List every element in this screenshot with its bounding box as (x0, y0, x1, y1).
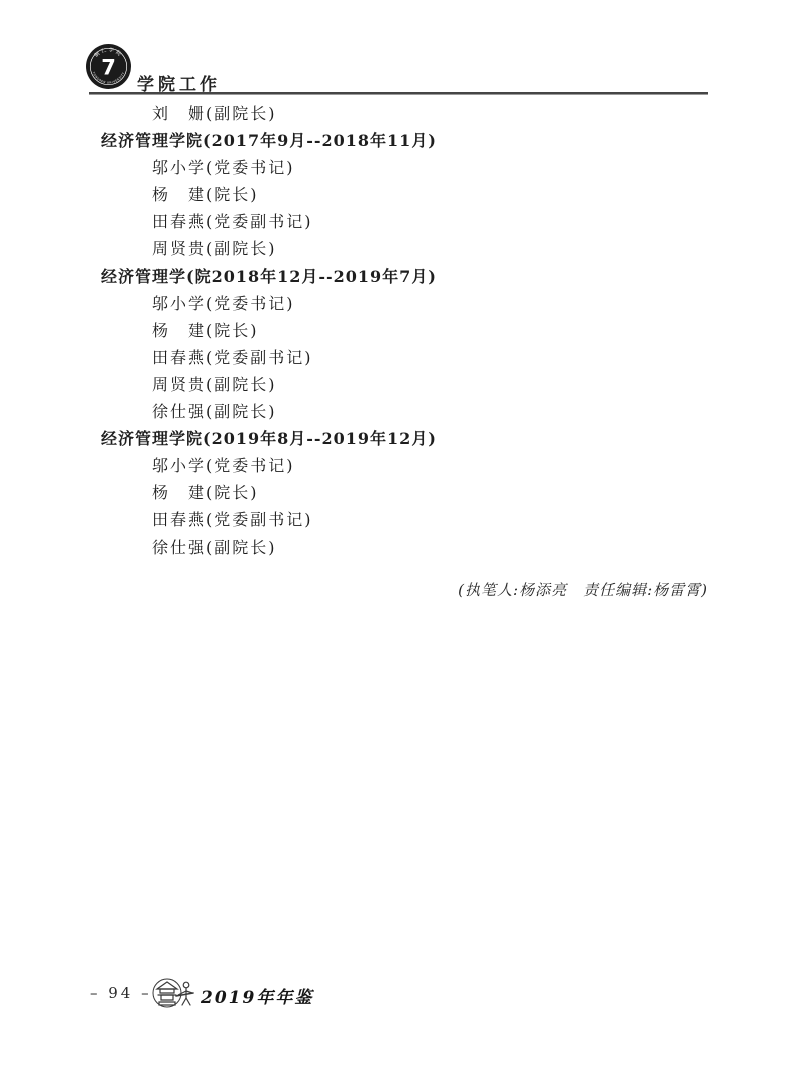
person-entry: 邬小学(党委书记) (0, 452, 793, 479)
section-heading: 经济管理学院(2019年8月--2019年12月) (0, 425, 793, 452)
credits-line: (执笔人:杨添亮 责任编辑:杨雷霄) (0, 579, 708, 600)
roster-content: 刘 姗(副院长) 经济管理学院(2017年9月--2018年11月) 邬小学(党… (0, 100, 793, 561)
person-entry: 杨 建(院长) (0, 181, 793, 208)
yearbook-mascot-icon (151, 972, 197, 1014)
person-entry: 邬小学(党委书记) (0, 154, 793, 181)
person-entry: 田春燕(党委副书记) (0, 344, 793, 371)
document-page: 铜仁学院 TONGREN UNIVERSITY 7 学院工作 刘 姗(副院长) … (0, 0, 793, 1077)
person-entry: 徐仕强(副院长) (0, 398, 793, 425)
page-number: – 94 – (90, 984, 152, 1002)
section-heading: 经济管理学院(2017年9月--2018年11月) (0, 127, 793, 154)
university-logo-icon: 铜仁学院 TONGREN UNIVERSITY 7 (85, 43, 132, 90)
person-entry: 田春燕(党委副书记) (0, 208, 793, 235)
person-entry: 田春燕(党委副书记) (0, 506, 793, 533)
person-entry: 周贤贵(副院长) (0, 235, 793, 262)
person-entry: 徐仕强(副院长) (0, 534, 793, 561)
person-entry: 刘 姗(副院长) (0, 100, 793, 127)
person-entry: 杨 建(院长) (0, 479, 793, 506)
logo-center-glyph: 7 (101, 56, 116, 80)
yearbook-title: 2019年年鉴 (201, 983, 313, 1008)
person-entry: 周贤贵(副院长) (0, 371, 793, 398)
header-rule (89, 92, 708, 95)
person-entry: 邬小学(党委书记) (0, 290, 793, 317)
section-heading: 经济管理学(院2018年12月--2019年7月) (0, 263, 793, 290)
person-entry: 杨 建(院长) (0, 317, 793, 344)
